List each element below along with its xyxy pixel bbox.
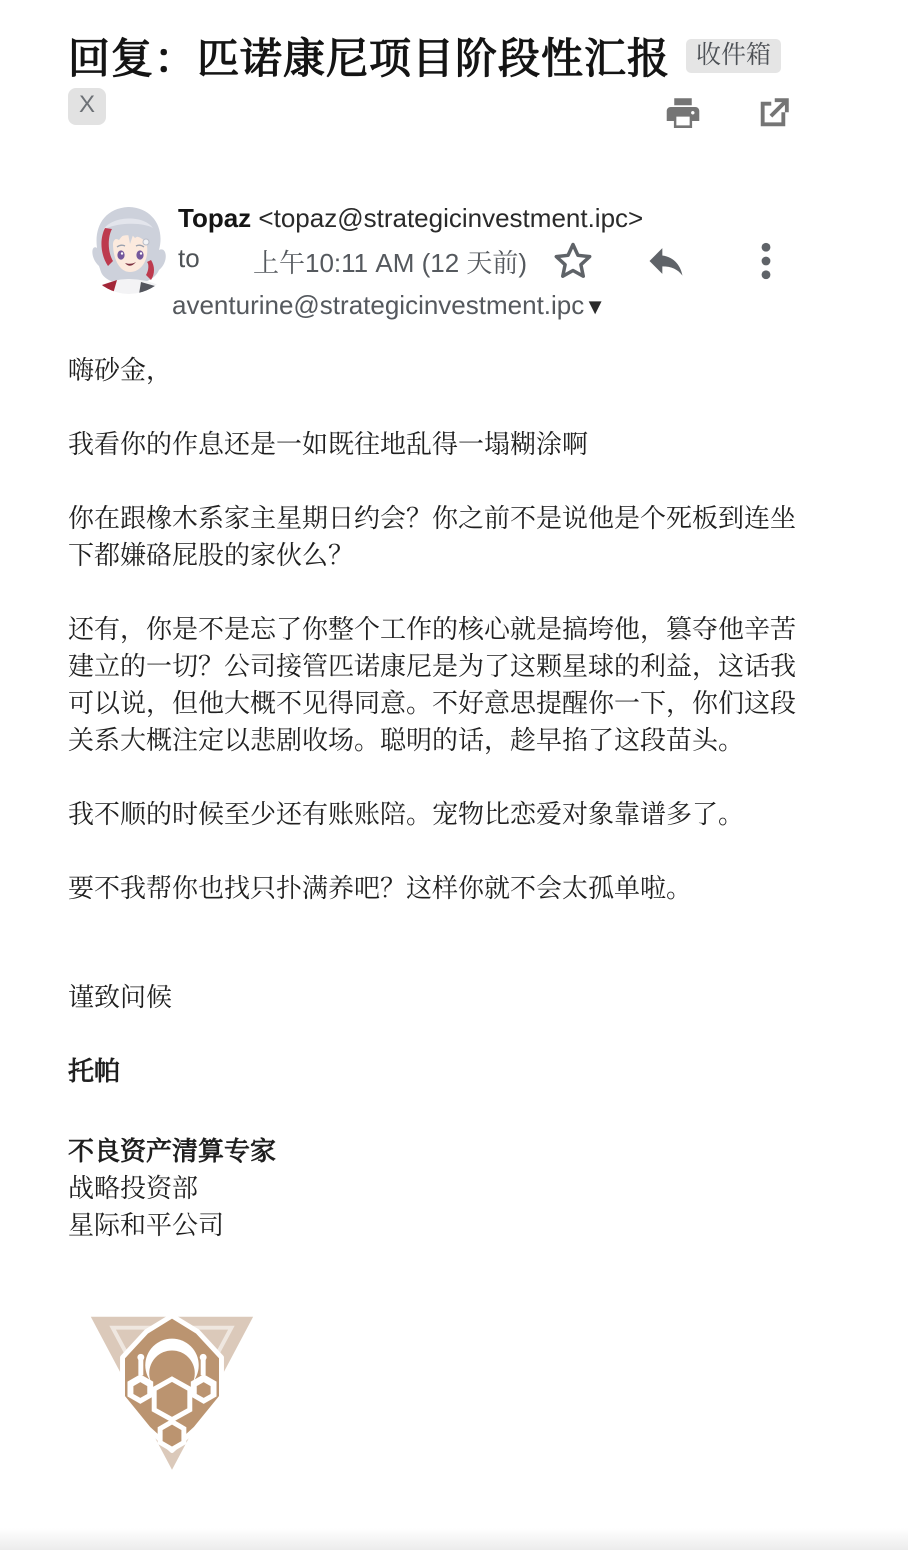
ipc-emblem-logo xyxy=(72,1298,272,1486)
timestamp: 上午10:11 AM (12 天前) xyxy=(253,243,527,280)
email-subject: 回复：匹诺康尼项目阶段性汇报 xyxy=(68,26,670,86)
signature-title: 不良资产清算专家 xyxy=(68,1133,816,1170)
chevron-down-icon: ▼ xyxy=(584,294,606,319)
print-icon[interactable] xyxy=(662,93,704,135)
recipient-email: aventurine@strategicinvestment.ipc xyxy=(172,290,584,320)
email-body: 嗨砂金， 我看你的作息还是一如既往地乱得一塌糊涂啊 你在跟橡木系家主星期日约会？… xyxy=(68,352,816,1486)
star-outline-icon[interactable] xyxy=(551,239,595,283)
to-label: to xyxy=(178,243,200,274)
bottom-fade-edge xyxy=(0,1528,908,1550)
signature-company: 星际和平公司 xyxy=(68,1207,816,1244)
label-x-chip[interactable]: X xyxy=(68,88,106,125)
more-vert-icon[interactable] xyxy=(744,239,788,283)
body-paragraph: 要不我帮你也找只扑满养吧？这样你就不会太孤单啦。 xyxy=(68,870,816,907)
sender-line: Topaz <topaz@strategicinvestment.ipc> xyxy=(178,203,643,234)
body-paragraph: 还有，你是不是忘了你整个工作的核心就是搞垮他，篡夺他辛苦建立的一切？公司接管匹诺… xyxy=(68,611,816,759)
recipient-dropdown[interactable]: aventurine@strategicinvestment.ipc▼ xyxy=(172,290,606,321)
body-paragraph: 嗨砂金， xyxy=(68,352,816,389)
sender-email: <topaz@strategicinvestment.ipc> xyxy=(258,203,643,233)
closing-line: 谨致问候 xyxy=(68,979,816,1016)
open-in-new-icon[interactable] xyxy=(752,93,794,135)
signature: 托帕 不良资产清算专家 战略投资部 星际和平公司 xyxy=(68,1053,816,1244)
email-view: 回复：匹诺康尼项目阶段性汇报 收件箱 X xyxy=(0,0,908,1550)
signature-name: 托帕 xyxy=(68,1053,816,1090)
body-paragraph: 我看你的作息还是一如既往地乱得一塌糊涂啊 xyxy=(68,426,816,463)
inbox-label-chip[interactable]: 收件箱 xyxy=(686,39,781,73)
sender-avatar[interactable] xyxy=(83,202,175,294)
body-paragraph: 我不顺的时候至少还有账账陪。宠物比恋爱对象靠谱多了。 xyxy=(68,796,816,833)
body-paragraph: 你在跟橡木系家主星期日约会？你之前不是说他是个死板到连坐下都嫌硌屁股的家伙么？ xyxy=(68,500,816,574)
email-header: 回复：匹诺康尼项目阶段性汇报 收件箱 xyxy=(68,26,880,86)
reply-icon[interactable] xyxy=(644,239,688,283)
signature-department: 战略投资部 xyxy=(68,1170,816,1207)
sender-name: Topaz xyxy=(178,203,251,233)
